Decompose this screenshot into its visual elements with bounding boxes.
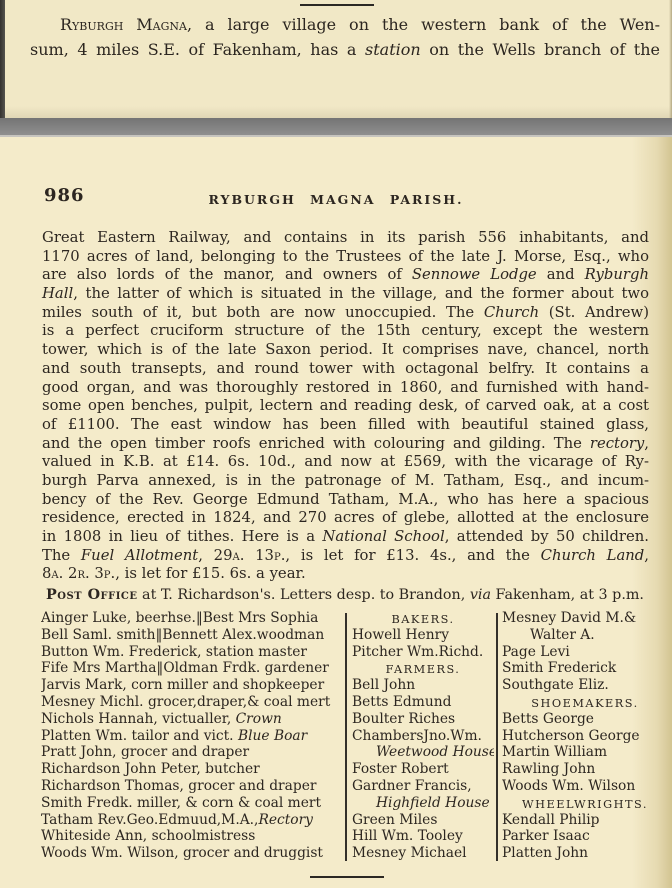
- text-line: Hall, the latter of which is situated in…: [42, 285, 649, 304]
- text-line: and the open timber roofs enriched with …: [42, 435, 649, 454]
- plain-text: some open benches, pulpit, lectern and r…: [42, 397, 649, 414]
- page-edge-shadow: [0, 0, 5, 118]
- plain-text: , attended by 50 children.: [445, 528, 649, 545]
- plain-text: Nichols Hannah, victualler,: [41, 711, 236, 727]
- small-caps-text: Ryburgh Magna: [60, 15, 187, 34]
- plain-text: Fakenham, at 3 p.m.: [491, 587, 644, 603]
- text-line: Great Eastern Railway, and contains in i…: [42, 229, 649, 248]
- directory-column-private-residents: Ainger Luke, beerhse.‖Best Mrs SophiaBel…: [41, 610, 343, 862]
- text-line: Hill Wm. Tooley: [352, 828, 494, 845]
- plain-text: Bell Saml. smith‖Bennett Alex.woodman: [41, 627, 324, 643]
- italic-text: Church: [484, 304, 539, 321]
- plain-text: Hill Wm. Tooley: [352, 828, 463, 844]
- plain-text: tower, which is of the late Saxon period…: [42, 341, 649, 358]
- plain-text: , is let for £15. 6s. a year.: [115, 565, 305, 582]
- italic-text: Rectory: [258, 812, 313, 828]
- plain-text: at T. Richardson's. Letters desp. to Bra…: [138, 587, 470, 603]
- running-header: RYBURGH MAGNA PARISH.: [0, 192, 672, 207]
- text-line: Southgate Eliz.: [502, 677, 668, 694]
- text-line: 1170 acres of land, belonging to the Tru…: [42, 248, 649, 267]
- text-line: miles south of it, but both are now unoc…: [42, 304, 649, 323]
- plain-text: and the open timber roofs enriched with …: [42, 435, 590, 452]
- text-line: Mesney Michl. grocer,draper,& coal mert: [41, 694, 343, 711]
- italic-text: Highfield House: [376, 795, 490, 811]
- trade-directory: Ainger Luke, beerhse.‖Best Mrs SophiaBel…: [0, 610, 672, 866]
- previous-page-fragment: Ryburgh Magna, a large village on the we…: [0, 0, 672, 118]
- text-line: Kendall Philip: [502, 812, 668, 829]
- plain-text: Mesney Michael: [352, 845, 467, 861]
- plain-text: ,: [198, 547, 213, 564]
- text-line: Fife Mrs Martha‖Oldman Frdk. gardener: [41, 660, 343, 677]
- text-line: Platten Wm. tailor and vict. Blue Boar: [41, 728, 343, 745]
- italic-text: via: [470, 587, 491, 603]
- plain-text: Smith Fredk. miller, & corn & coal mert: [41, 795, 321, 811]
- text-line: is a perfect cruciform structure of the …: [42, 322, 649, 341]
- text-line: tower, which is of the late Saxon period…: [42, 341, 649, 360]
- plain-text: , a large village on the western bank of…: [187, 15, 660, 34]
- text-line: burgh Parva annexed, is in the patronage…: [42, 472, 649, 491]
- plain-text: ChambersJno.Wm.: [352, 728, 482, 744]
- category-heading: SHOEMAKERS.: [502, 694, 668, 711]
- category-heading: BAKERS.: [352, 610, 494, 627]
- text-line: ChambersJno.Wm.: [352, 728, 494, 745]
- text-line: residence, erected in 1824, and 270 acre…: [42, 509, 649, 528]
- text-line: Page Levi: [502, 644, 668, 661]
- plain-text: Boulter Riches: [352, 711, 455, 727]
- plain-text: Green Miles: [352, 812, 437, 828]
- text-line: The Fuel Allotment, 29a. 13p., is let fo…: [42, 547, 649, 566]
- italic-text: Church Land: [541, 547, 645, 564]
- small-caps-text: Post Office: [46, 587, 138, 603]
- plain-text: Smith Frederick: [502, 660, 616, 676]
- plain-text: Howell Henry: [352, 627, 449, 643]
- directory-column-trades-2: Mesney David M.&Walter A.Page LeviSmith …: [502, 610, 668, 862]
- plain-text: Jarvis Mark, corn miller and shopkeeper: [41, 677, 324, 693]
- text-line: Weetwood House: [352, 744, 494, 761]
- plain-text: Platten Wm. tailor and vict.: [41, 728, 238, 744]
- plain-text: Platten John: [502, 845, 588, 861]
- plain-text: WHEELWRIGHTS.: [522, 798, 648, 811]
- plain-text: Woods Wm. Wilson: [502, 778, 635, 794]
- plain-text: and south transepts, and round tower wit…: [42, 360, 649, 377]
- plain-text: in 1808 in lieu of tithes. Here is a: [42, 528, 322, 545]
- plain-text: Woods Wm. Wilson, grocer and druggist: [41, 845, 323, 861]
- text-line: Foster Robert: [352, 761, 494, 778]
- plain-text: Great Eastern Railway, and contains in i…: [42, 229, 649, 246]
- plain-text: , is let for £13. 4s., and the: [285, 547, 540, 564]
- text-line: Woods Wm. Wilson, grocer and druggist: [41, 845, 343, 862]
- directory-column-trades-1: BAKERS.Howell HenryPitcher Wm.Richd.FARM…: [352, 610, 494, 862]
- text-line: and south transepts, and round tower wit…: [42, 360, 649, 379]
- plain-text: residence, erected in 1824, and 270 acre…: [42, 509, 649, 526]
- text-line: Pratt John, grocer and draper: [41, 744, 343, 761]
- text-line: some open benches, pulpit, lectern and r…: [42, 397, 649, 416]
- text-line: Richardson John Peter, butcher: [41, 761, 343, 778]
- column-divider: [496, 613, 498, 861]
- text-line: Richardson Thomas, grocer and draper: [41, 778, 343, 795]
- plain-text: miles south of it, but both are now unoc…: [42, 304, 484, 321]
- text-line: Tatham Rev.Geo.Edmuud,M.A.,Rectory: [41, 812, 343, 829]
- text-line: are also lords of the manor, and owners …: [42, 266, 649, 285]
- text-line: Jarvis Mark, corn miller and shopkeeper: [41, 677, 343, 694]
- text-line: Parker Isaac: [502, 828, 668, 845]
- directory-page-986: 986 RYBURGH MAGNA PARISH. Great Eastern …: [0, 137, 672, 888]
- plain-text: Pitcher Wm.Richd.: [352, 644, 483, 660]
- parish-description-paragraph: Great Eastern Railway, and contains in i…: [42, 229, 649, 584]
- text-line: Woods Wm. Wilson: [502, 778, 668, 795]
- text-line: Mesney Michael: [352, 845, 494, 862]
- plain-text: Betts Edmund: [352, 694, 451, 710]
- plain-text: sum, 4 miles S.E. of Fakenham, has a: [30, 40, 365, 59]
- text-line: Bell Saml. smith‖Bennett Alex.woodman: [41, 627, 343, 644]
- text-line: Nichols Hannah, victualler, Crown: [41, 711, 343, 728]
- plain-text: Kendall Philip: [502, 812, 600, 828]
- plain-text: Martin William: [502, 744, 607, 760]
- text-line: Ainger Luke, beerhse.‖Best Mrs Sophia: [41, 610, 343, 627]
- text-line: Hutcherson George: [502, 728, 668, 745]
- italic-text: station: [365, 40, 421, 59]
- post-office-line: Post Office at T. Richardson's. Letters …: [46, 586, 650, 604]
- plain-text: Betts George: [502, 711, 594, 727]
- plain-text: Whiteside Ann, schoolmistress: [41, 828, 255, 844]
- plain-text: valued in K.B. at £14. 6s. 10d., and now…: [42, 453, 649, 470]
- text-line: Bell John: [352, 677, 494, 694]
- italic-text: Hall: [42, 285, 73, 302]
- plain-text: Gardner Francis,: [352, 778, 472, 794]
- plain-text: Fife Mrs Martha‖Oldman Frdk. gardener: [41, 660, 329, 676]
- text-line: Betts George: [502, 711, 668, 728]
- text-line: Whiteside Ann, schoolmistress: [41, 828, 343, 845]
- text-line: Howell Henry: [352, 627, 494, 644]
- italic-text: Sennowe Lodge: [412, 266, 537, 283]
- small-caps-text: 8a. 2r. 3p.: [42, 565, 115, 582]
- text-line: Highfield House: [352, 795, 494, 812]
- text-line: Mesney David M.&: [502, 610, 668, 627]
- column-divider: [345, 613, 347, 861]
- plain-text: Parker Isaac: [502, 828, 590, 844]
- text-line: Betts Edmund: [352, 694, 494, 711]
- italic-text: Crown: [236, 711, 282, 727]
- plain-text: Foster Robert: [352, 761, 449, 777]
- text-line: sum, 4 miles S.E. of Fakenham, has a sta…: [30, 37, 660, 62]
- italic-text: Ryburgh: [585, 266, 649, 283]
- plain-text: bency of the Rev. George Edmund Tatham, …: [42, 491, 649, 508]
- plain-text: and: [537, 266, 585, 283]
- plain-text: ,: [644, 435, 649, 452]
- text-line: Ryburgh Magna, a large village on the we…: [30, 12, 660, 37]
- plain-text: The: [42, 547, 81, 564]
- text-line: Martin William: [502, 744, 668, 761]
- scanned-directory-page: Ryburgh Magna, a large village on the we…: [0, 0, 672, 888]
- plain-text: , the latter of which is situated in the…: [73, 285, 649, 302]
- text-line: Platten John: [502, 845, 668, 862]
- plain-text: is a perfect cruciform structure of the …: [42, 322, 649, 339]
- plain-text: Tatham Rev.Geo.Edmuud,M.A.,: [41, 812, 258, 828]
- plain-text: on the Wells branch of the: [421, 40, 660, 59]
- plain-text: ,: [644, 547, 649, 564]
- plain-text: Richardson Thomas, grocer and draper: [41, 778, 316, 794]
- small-caps-text: 29a. 13p.: [214, 547, 286, 564]
- plain-text: Mesney David M.&: [502, 610, 636, 626]
- text-line: bency of the Rev. George Edmund Tatham, …: [42, 491, 649, 510]
- text-line: in 1808 in lieu of tithes. Here is a Nat…: [42, 528, 649, 547]
- plain-text: are also lords of the manor, and owners …: [42, 266, 412, 283]
- italic-text: Weetwood House: [376, 744, 494, 760]
- category-heading: WHEELWRIGHTS.: [502, 795, 668, 812]
- plain-text: Page Levi: [502, 644, 570, 660]
- plain-text: 1170 acres of land, belonging to the Tru…: [42, 248, 649, 265]
- plain-text: good organ, and was thoroughly restored …: [42, 379, 649, 396]
- plain-text: Pratt John, grocer and draper: [41, 744, 249, 760]
- plain-text: of £1100. The east window has been fille…: [42, 416, 649, 433]
- plain-text: Bell John: [352, 677, 415, 693]
- text-line: Rawling John: [502, 761, 668, 778]
- text-line: Boulter Riches: [352, 711, 494, 728]
- plain-text: burgh Parva annexed, is in the patronage…: [42, 472, 649, 489]
- plain-text: Hutcherson George: [502, 728, 640, 744]
- plain-text: BAKERS.: [391, 613, 454, 626]
- italic-text: Blue Boar: [238, 728, 307, 744]
- italic-text: Fuel Allotment: [81, 547, 198, 564]
- page-separator-bar: [0, 118, 672, 137]
- text-line: Smith Frederick: [502, 660, 668, 677]
- plain-text: Button Wm. Frederick, station master: [41, 644, 307, 660]
- italic-text: rectory: [590, 435, 644, 452]
- text-line: 8a. 2r. 3p., is let for £15. 6s. a year.: [42, 565, 649, 584]
- text-line: Pitcher Wm.Richd.: [352, 644, 494, 661]
- text-line: valued in K.B. at £14. 6s. 10d., and now…: [42, 453, 649, 472]
- previous-page-text: Ryburgh Magna, a large village on the we…: [30, 12, 660, 62]
- plain-text: SHOEMAKERS.: [531, 697, 638, 710]
- entry-separator-rule: [300, 4, 374, 6]
- category-heading: FARMERS.: [352, 660, 494, 677]
- text-line: Button Wm. Frederick, station master: [41, 644, 343, 661]
- text-line: Green Miles: [352, 812, 494, 829]
- plain-text: Rawling John: [502, 761, 595, 777]
- italic-text: National School: [322, 528, 444, 545]
- plain-text: FARMERS.: [386, 663, 461, 676]
- text-line: Gardner Francis,: [352, 778, 494, 795]
- plain-text: Ainger Luke, beerhse.‖Best Mrs Sophia: [41, 610, 318, 626]
- plain-text: Southgate Eliz.: [502, 677, 609, 693]
- plain-text: Walter A.: [530, 627, 595, 643]
- text-line: Walter A.: [502, 627, 668, 644]
- entry-separator-rule: [310, 876, 384, 878]
- plain-text: (St. Andrew): [539, 304, 649, 321]
- text-line: good organ, and was thoroughly restored …: [42, 379, 649, 398]
- text-line: of £1100. The east window has been fille…: [42, 416, 649, 435]
- plain-text: Richardson John Peter, butcher: [41, 761, 260, 777]
- plain-text: Mesney Michl. grocer,draper,& coal mert: [41, 694, 330, 710]
- text-line: Smith Fredk. miller, & corn & coal mert: [41, 795, 343, 812]
